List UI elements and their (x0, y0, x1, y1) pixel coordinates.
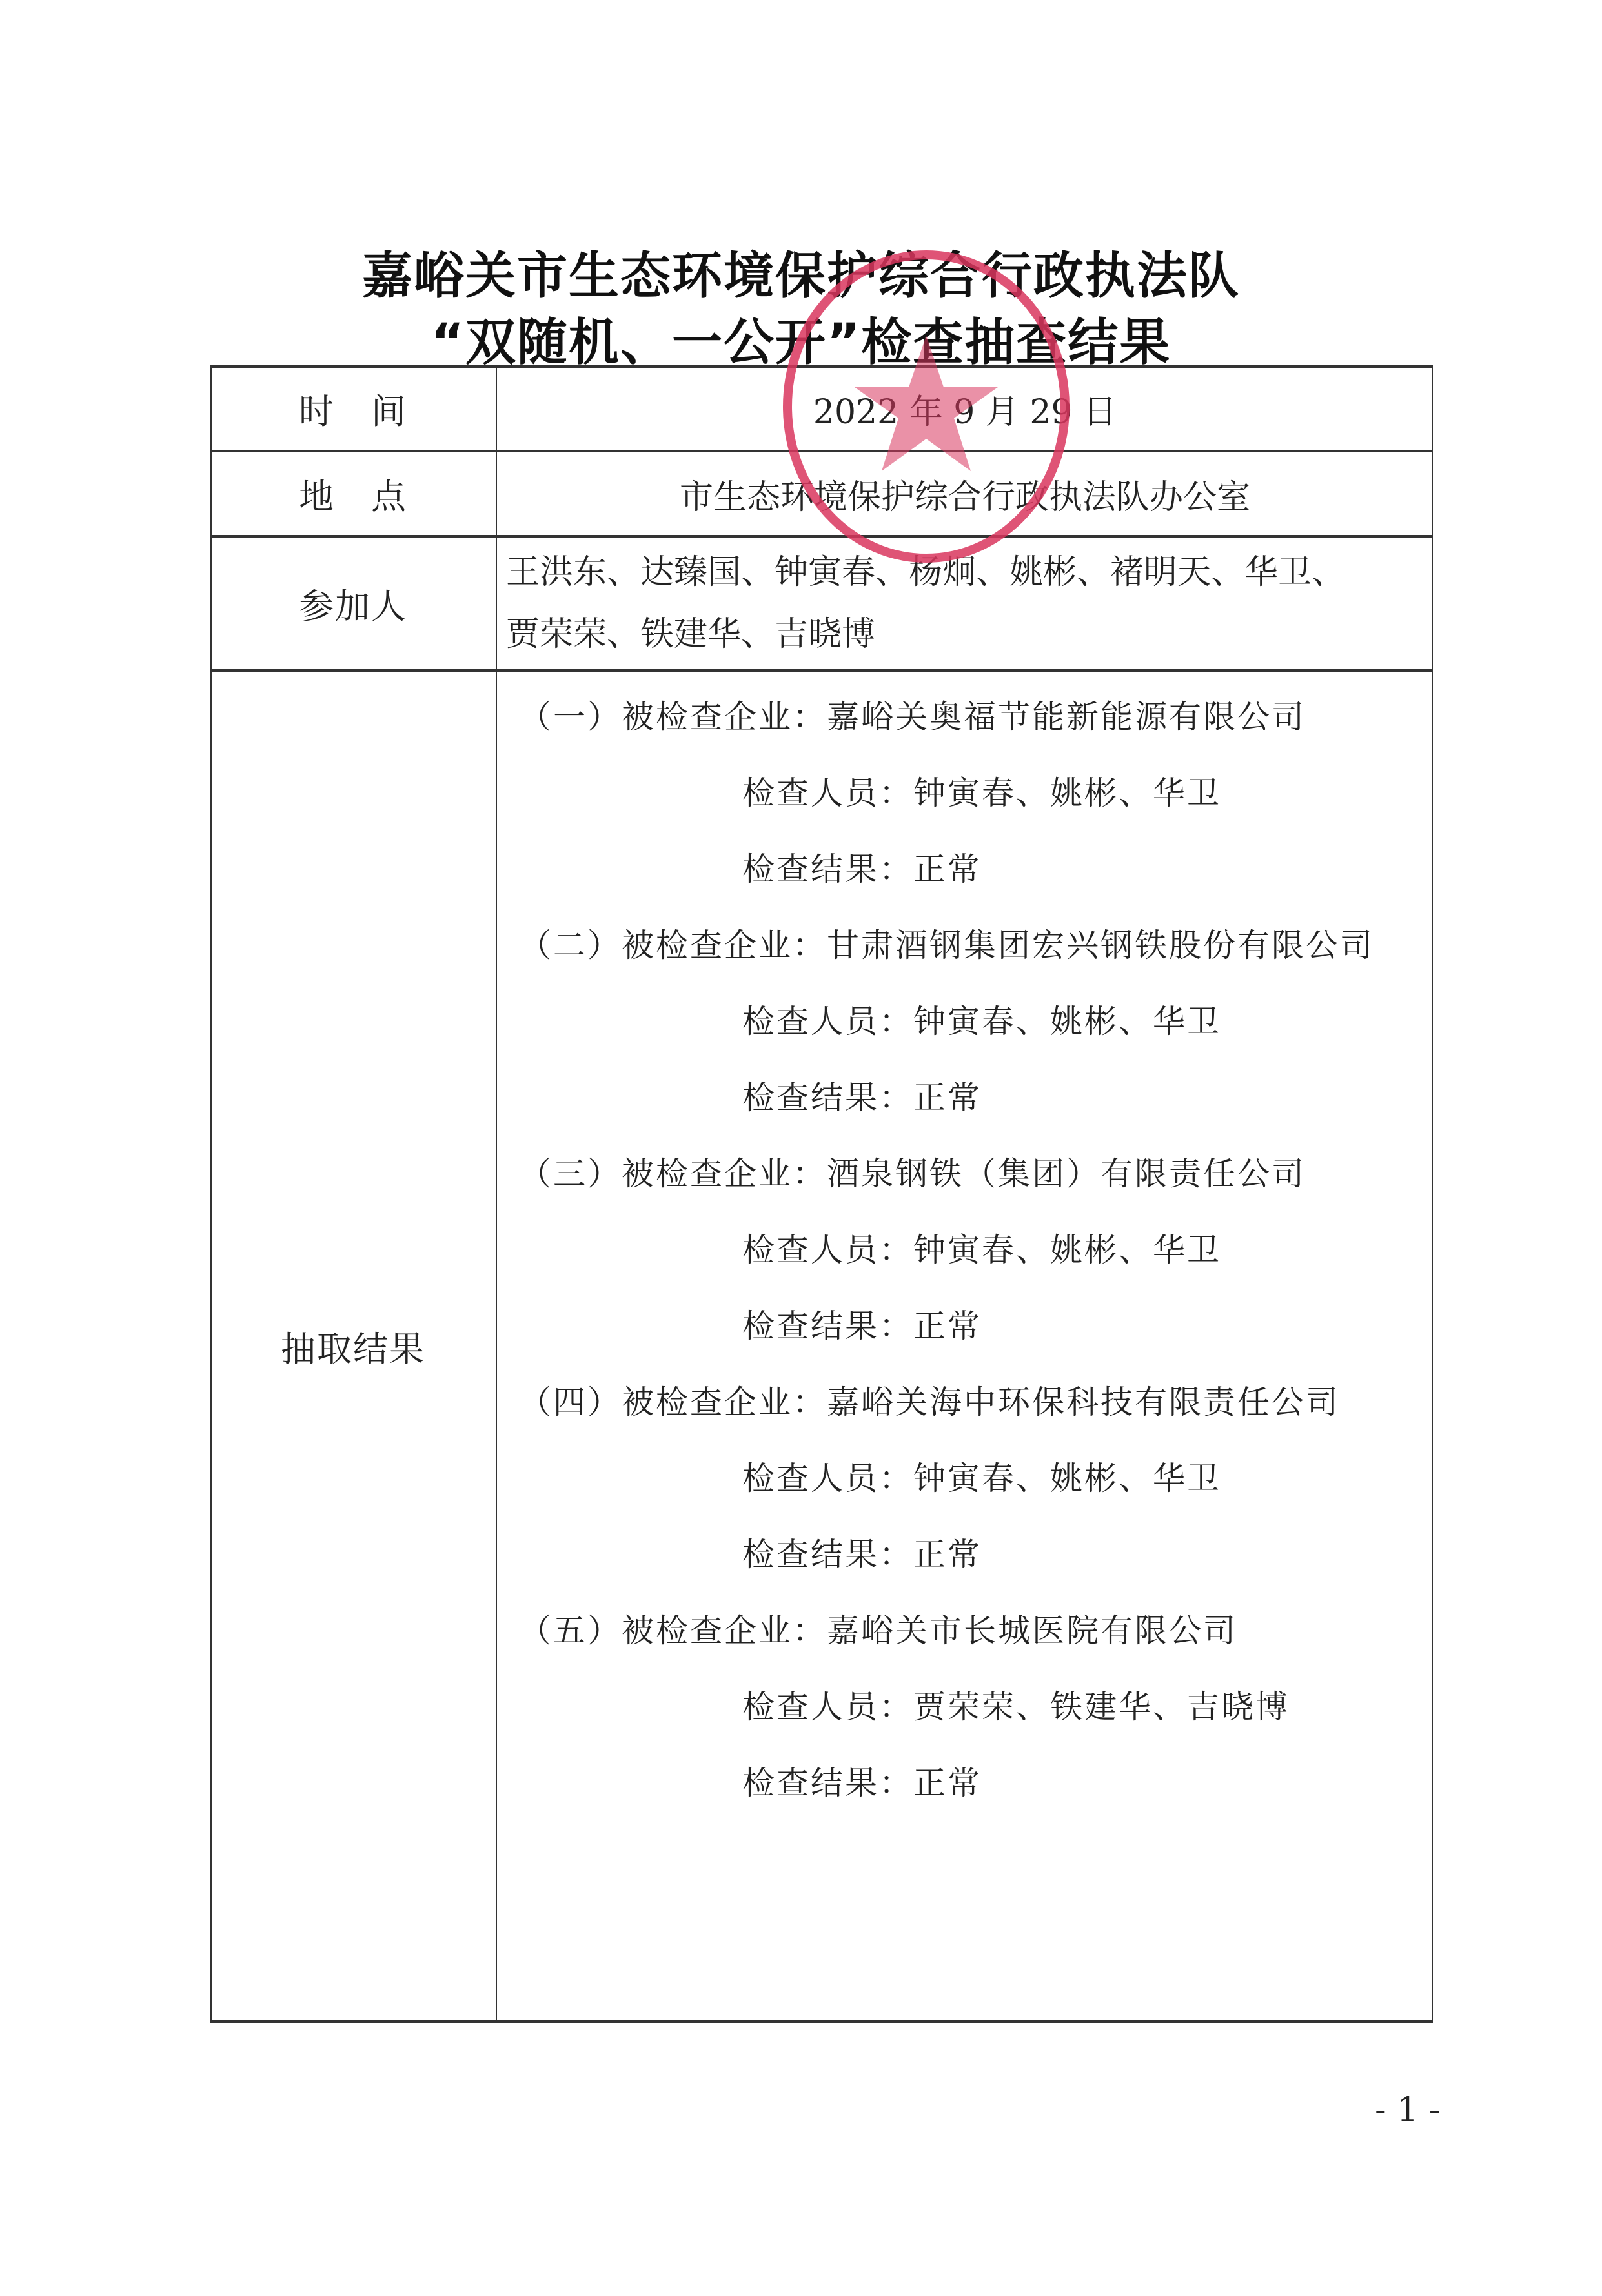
results-value: （一）被检查企业：嘉峪关奥福节能新能源有限公司 检查人员：钟寅春、姚彬、华卫 检… (497, 672, 1433, 2020)
result-1-outcome: 检查结果：正常 (742, 843, 982, 890)
result-3-enterprise: （三）被检查企业：酒泉钢铁（集团）有限责任公司 (519, 1148, 1306, 1194)
location-value: 市生态环境保护综合行政执法队办公室 (497, 452, 1433, 535)
results-label: 抽取结果 (210, 672, 496, 2020)
result-1-inspectors: 检查人员：钟寅春、姚彬、华卫 (742, 767, 1221, 814)
result-5-enterprise: （五）被检查企业：嘉峪关市长城医院有限公司 (519, 1605, 1237, 1651)
result-4-outcome: 检查结果：正常 (742, 1529, 982, 1575)
time-value: 2022 年 9 月 29 日 (497, 368, 1433, 450)
result-4-enterprise: （四）被检查企业：嘉峪关海中环保科技有限责任公司 (519, 1376, 1340, 1423)
result-3-inspectors: 检查人员：钟寅春、姚彬、华卫 (742, 1224, 1221, 1271)
participants-line2: 贾荣荣、铁建华、吉晓博 (497, 597, 884, 672)
location-label: 地 点 (210, 452, 496, 535)
document-title-line1: 嘉峪关市生态环境保护综合行政执法队 (0, 236, 1602, 308)
inspection-table: 时 间 2022 年 9 月 29 日 地 点 市生态环境保护综合行政执法队办公… (210, 365, 1433, 2023)
result-2-outcome: 检查结果：正常 (742, 1072, 982, 1118)
page-number: - 1 - (1375, 2091, 1440, 2130)
result-5-inspectors: 检查人员：贾荣荣、铁建华、吉晓博 (742, 1681, 1290, 1727)
participants-label: 参加人 (210, 538, 496, 669)
result-2-enterprise: （二）被检查企业：甘肃酒钢集团宏兴钢铁股份有限公司 (519, 920, 1374, 966)
result-1-enterprise: （一）被检查企业：嘉峪关奥福节能新能源有限公司 (519, 691, 1306, 738)
participants-value: 王洪东、达臻国、钟寅春、杨炯、姚彬、褚明天、华卫、 贾荣荣、铁建华、吉晓博 (497, 538, 1433, 669)
result-5-outcome: 检查结果：正常 (742, 1757, 982, 1804)
result-4-inspectors: 检查人员：钟寅春、姚彬、华卫 (742, 1453, 1221, 1499)
table-border-bottom (210, 2020, 1433, 2023)
result-3-outcome: 检查结果：正常 (742, 1300, 982, 1347)
result-2-inspectors: 检查人员：钟寅春、姚彬、华卫 (742, 996, 1221, 1042)
time-label: 时 间 (210, 368, 496, 450)
document-title-line2: “双随机、一公开”检查抽查结果 (0, 302, 1602, 374)
